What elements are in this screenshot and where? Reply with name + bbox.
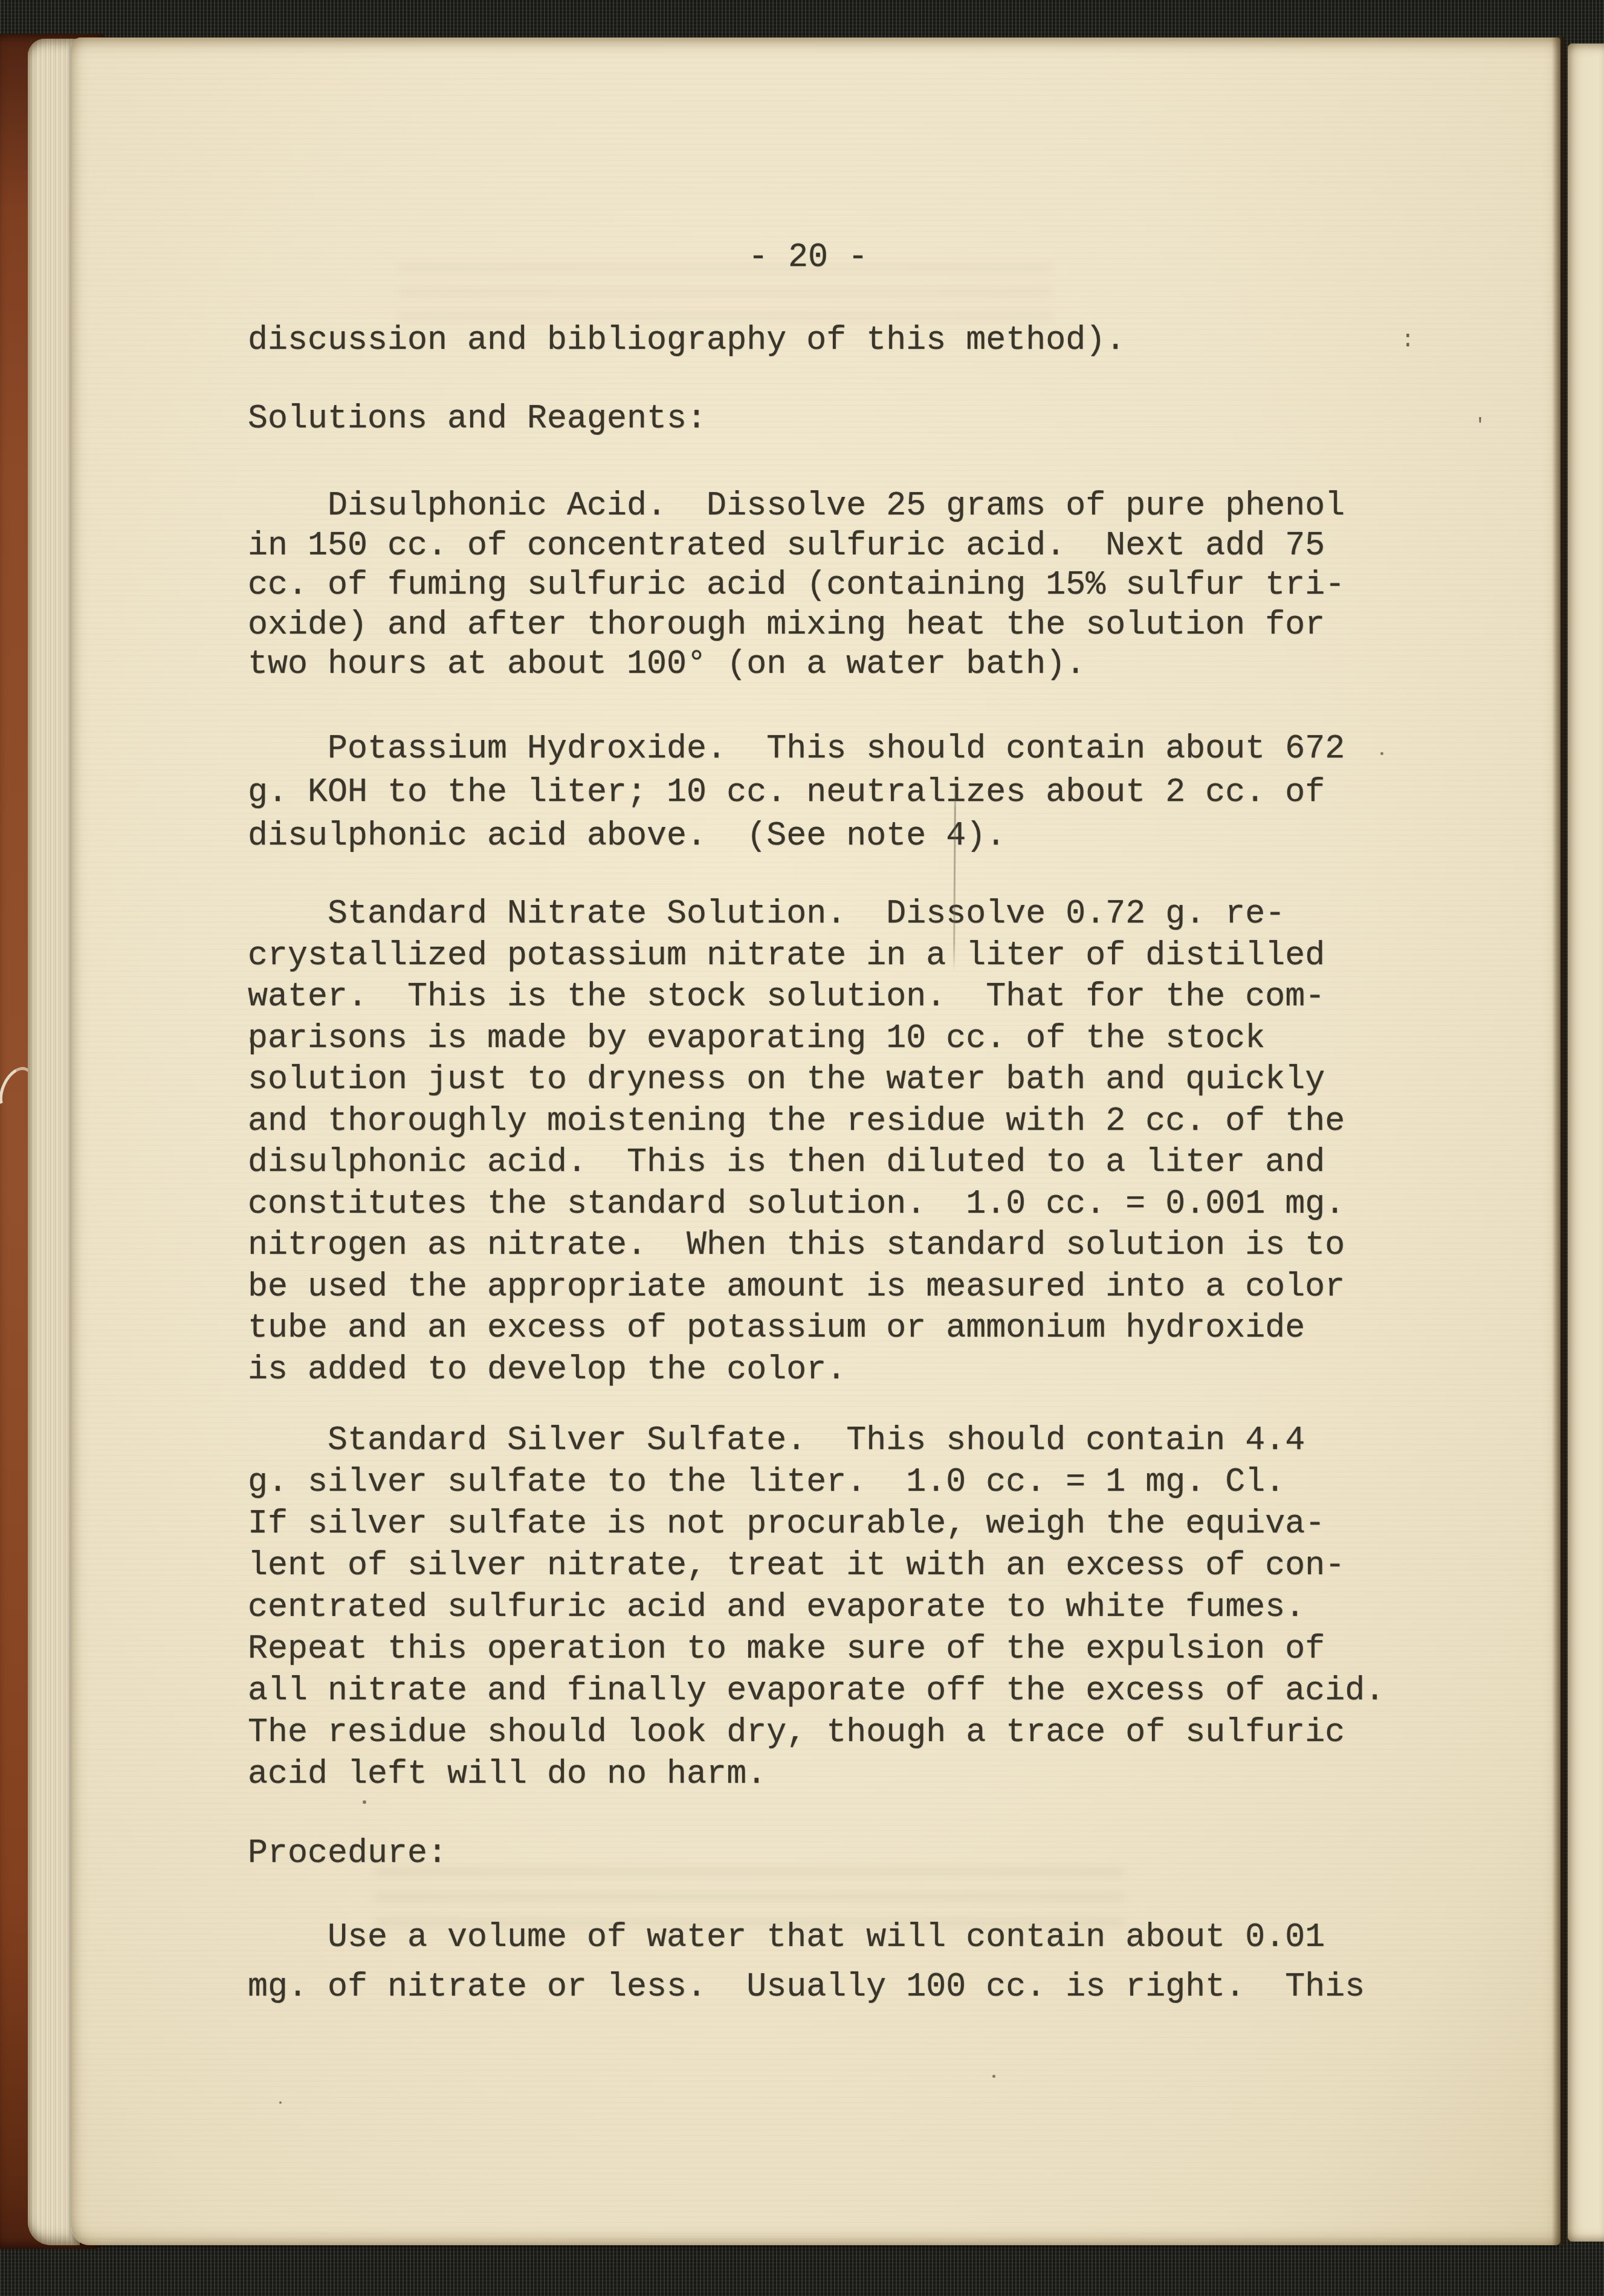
- ink-speck: ': [245, 1035, 256, 1058]
- next-page-edge: [1568, 44, 1604, 2242]
- scanned-book-page-photo: - 20 - discussion and bibliography of th…: [0, 0, 1604, 2296]
- paragraph-standard-silver-sulfate: Standard Silver Sulfate. This should con…: [248, 1419, 1385, 1795]
- ink-speck: [992, 2075, 995, 2078]
- intro-continuation-line: discussion and bibliography of this meth…: [248, 320, 1125, 360]
- paragraph-potassium-hydroxide: Potassium Hydroxide. This should contain…: [248, 727, 1345, 858]
- paragraph-procedure: Use a volume of water that will contain …: [248, 1913, 1365, 2012]
- procedure-heading: Procedure:: [248, 1834, 447, 1873]
- ink-speck: :: [1401, 329, 1415, 352]
- paragraph-standard-nitrate-solution: Standard Nitrate Solution. Dissolve 0.72…: [248, 893, 1345, 1390]
- ink-speck: [1380, 752, 1383, 755]
- page-number: - 20 -: [748, 238, 868, 277]
- ink-speck: [279, 2101, 282, 2104]
- solutions-reagents-heading: Solutions and Reagents:: [248, 399, 707, 439]
- ink-speck: ': [1475, 415, 1486, 438]
- ink-speck: [363, 1800, 366, 1804]
- paragraph-disulphonic-acid: Disulphonic Acid. Dissolve 25 grams of p…: [248, 486, 1345, 684]
